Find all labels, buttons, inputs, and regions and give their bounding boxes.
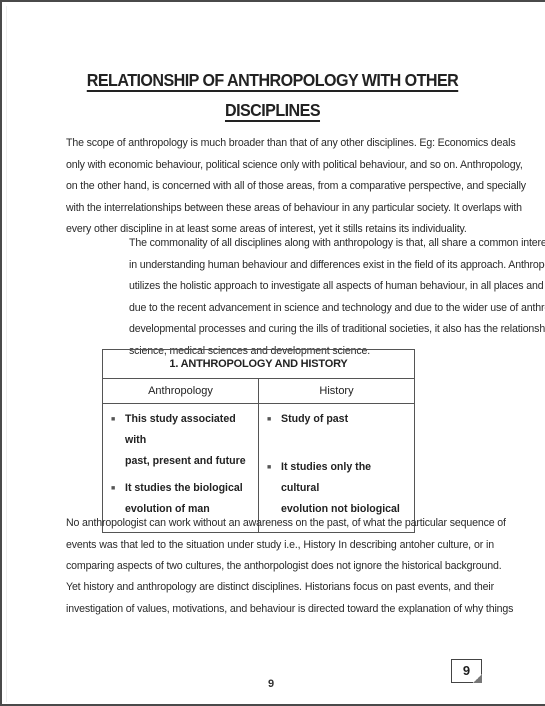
text-line: developmental processes and curing the i… bbox=[66, 319, 494, 341]
table-caption: 1. ANTHROPOLOGY AND HISTORY bbox=[103, 350, 415, 379]
bullet-item: ■Study of past bbox=[267, 409, 408, 451]
paragraph-commonality: The commonality of all disciplines along… bbox=[66, 233, 494, 362]
square-bullet-icon: ■ bbox=[267, 457, 281, 520]
page-title-line-1: RELATIONSHIP OF ANTHROPOLOGY WITH OTHER bbox=[22, 70, 523, 91]
page-tab-number: 9 bbox=[463, 663, 470, 678]
text-line: events was that led to the situation und… bbox=[66, 535, 494, 557]
paragraph-scope: The scope of anthropology is much broade… bbox=[66, 133, 494, 241]
square-bullet-icon: ■ bbox=[111, 409, 125, 472]
page-number: 9 bbox=[268, 678, 274, 690]
paragraph-distinct: Yet history and anthropology are distinc… bbox=[66, 577, 494, 620]
text-line: comparing aspects of two cultures, the a… bbox=[66, 556, 494, 578]
bullet-item: ■This study associated withpast, present… bbox=[111, 409, 252, 472]
title-text-2: DISCIPLINES bbox=[225, 100, 320, 120]
text-line: only with economic behaviour, political … bbox=[66, 155, 494, 177]
page-title-line-2: DISCIPLINES bbox=[22, 100, 523, 121]
text-line: utilizes the holistic approach to invest… bbox=[66, 276, 494, 298]
text-line: in understanding human behaviour and dif… bbox=[66, 255, 494, 277]
text-line: The scope of anthropology is much broade… bbox=[66, 133, 494, 155]
column-header-history: History bbox=[259, 379, 415, 404]
bullet-item: ■It studies only the culturalevolution n… bbox=[267, 457, 408, 520]
column-header-anthropology: Anthropology bbox=[103, 379, 259, 404]
comparison-table: 1. ANTHROPOLOGY AND HISTORY Anthropology… bbox=[102, 349, 415, 533]
page-number-tab: 9 bbox=[451, 659, 482, 683]
text-line: Yet history and anthropology are distinc… bbox=[66, 577, 494, 599]
text-line: with the interrelationships between thes… bbox=[66, 198, 494, 220]
text-line: investigation of values, motivations, an… bbox=[66, 599, 494, 621]
text-line: on the other hand, is concerned with all… bbox=[66, 176, 494, 198]
text-line: No anthropologist can work without an aw… bbox=[66, 513, 494, 535]
page-margin-line bbox=[6, 6, 7, 702]
paragraph-awareness: No anthropologist can work without an aw… bbox=[66, 513, 494, 578]
bullet-text: This study associated withpast, present … bbox=[125, 409, 252, 472]
text-line: The commonality of all disciplines along… bbox=[66, 233, 494, 255]
bullet-text: It studies only the culturalevolution no… bbox=[281, 457, 408, 520]
square-bullet-icon: ■ bbox=[267, 409, 281, 451]
page-curl-highlight bbox=[473, 674, 482, 683]
bullet-text: Study of past bbox=[281, 409, 348, 451]
text-line: due to the recent advancement in science… bbox=[66, 298, 494, 320]
title-text-1: RELATIONSHIP OF ANTHROPOLOGY WITH OTHER bbox=[87, 70, 458, 90]
